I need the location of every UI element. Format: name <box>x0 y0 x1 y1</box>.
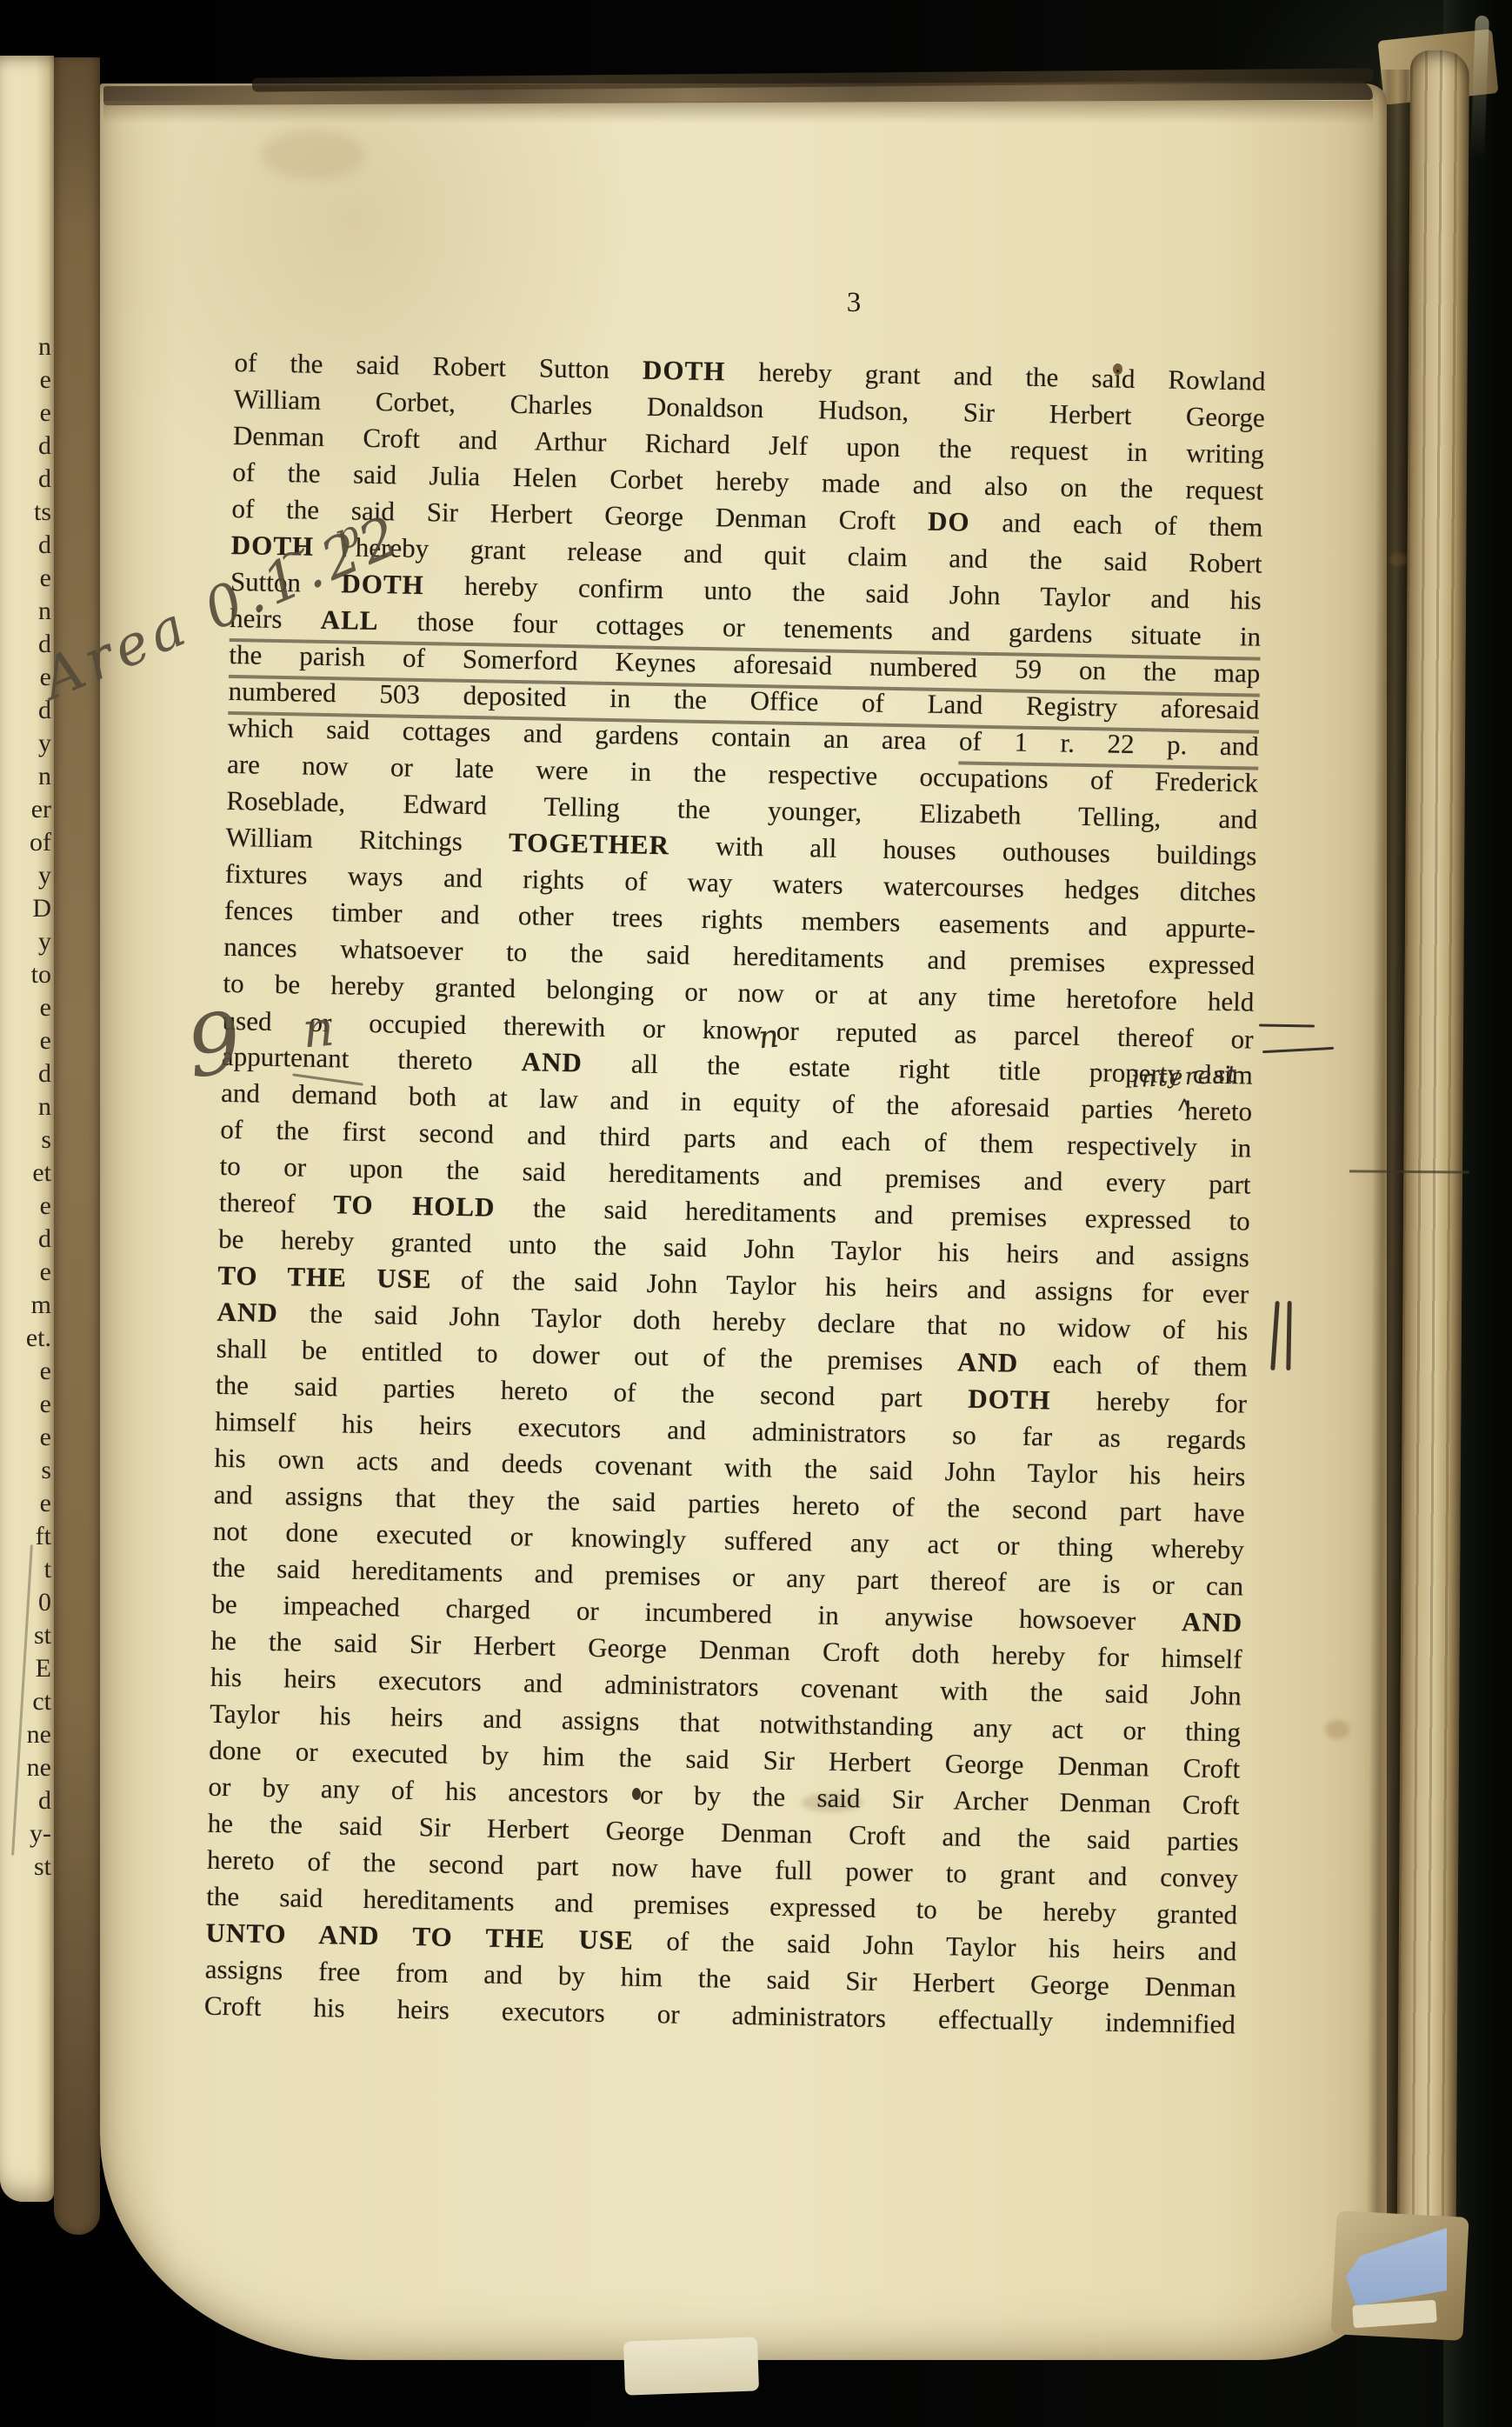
facing-fragment: d <box>3 529 51 562</box>
facing-fragment: e <box>3 1190 51 1223</box>
facing-fragment: e <box>3 1388 51 1421</box>
facing-fragment: n <box>3 595 51 628</box>
page-top-shading <box>103 101 1373 123</box>
facing-fragment: e <box>3 363 51 397</box>
facing-fragment: ts <box>3 496 51 529</box>
facing-fragment: D <box>3 892 51 925</box>
facing-fragment: s <box>3 1123 51 1157</box>
facing-fragment: y <box>3 727 51 760</box>
facing-fragment: ft <box>3 1520 51 1553</box>
paper-stain <box>1389 553 1407 566</box>
facing-fragment: n <box>3 1090 51 1123</box>
facing-fragment: y <box>3 925 51 958</box>
facing-fragment: er <box>3 793 51 826</box>
facing-fragment: d <box>3 1784 51 1817</box>
facing-fragment: st <box>3 1850 51 1884</box>
caret-mark: ^ <box>1176 1090 1192 1126</box>
facing-fragment: to <box>3 958 51 991</box>
facing-fragment: of <box>3 826 51 859</box>
paper-stain <box>1325 1720 1349 1739</box>
paper-slip-bottom <box>623 2337 759 2395</box>
book-scan: needdtsdendedynerofyDytoeednsetedemet.ee… <box>0 0 1512 2427</box>
facing-line-fragments: needdtsdendedynerofyDytoeednsetedemet.ee… <box>3 330 51 1884</box>
page-number: 3 <box>828 287 880 319</box>
book-gutter <box>54 57 100 2235</box>
facing-page-edge: needdtsdendedynerofyDytoeednsetedemet.ee… <box>0 56 54 2202</box>
facing-fragment: e <box>3 1487 51 1520</box>
facing-fragment: m <box>3 1289 51 1322</box>
facing-fragment: e <box>3 1256 51 1289</box>
facing-fragment: et <box>3 1157 51 1190</box>
facing-fragment: E <box>3 1652 51 1685</box>
margin-pencil-mark-n: n <box>300 1001 336 1060</box>
facing-fragment: et. <box>3 1322 51 1355</box>
text-block: of the said Robert Sutton DOTH hereby gr… <box>204 344 1266 2043</box>
facing-fragment: d <box>3 463 51 496</box>
facing-fragment: d <box>3 1057 51 1090</box>
facing-fragment: e <box>3 1024 51 1057</box>
facing-fragment: y <box>3 859 51 892</box>
handwritten-insert-n: n <box>757 1018 781 1057</box>
facing-fragment: d <box>3 1223 51 1256</box>
facing-fragment: e <box>3 991 51 1024</box>
ink-double-bar-mark <box>1269 1301 1304 1374</box>
facing-fragment: ne <box>3 1751 51 1784</box>
facing-fragment: ct <box>3 1685 51 1718</box>
facing-fragment: d <box>3 694 51 727</box>
facing-fragment: y- <box>3 1817 51 1850</box>
facing-fragment: n <box>3 760 51 793</box>
paper-stain <box>261 130 365 179</box>
facing-fragment: e <box>3 562 51 595</box>
facing-fragment: s <box>3 1454 51 1487</box>
facing-fragment: n <box>3 330 51 363</box>
facing-fragment: ne <box>3 1718 51 1751</box>
facing-fragment: e <box>3 397 51 430</box>
facing-fragment: e <box>3 1355 51 1388</box>
facing-fragment: d <box>3 430 51 463</box>
facing-fragment: e <box>3 1421 51 1454</box>
facing-fragment: t <box>3 1553 51 1586</box>
